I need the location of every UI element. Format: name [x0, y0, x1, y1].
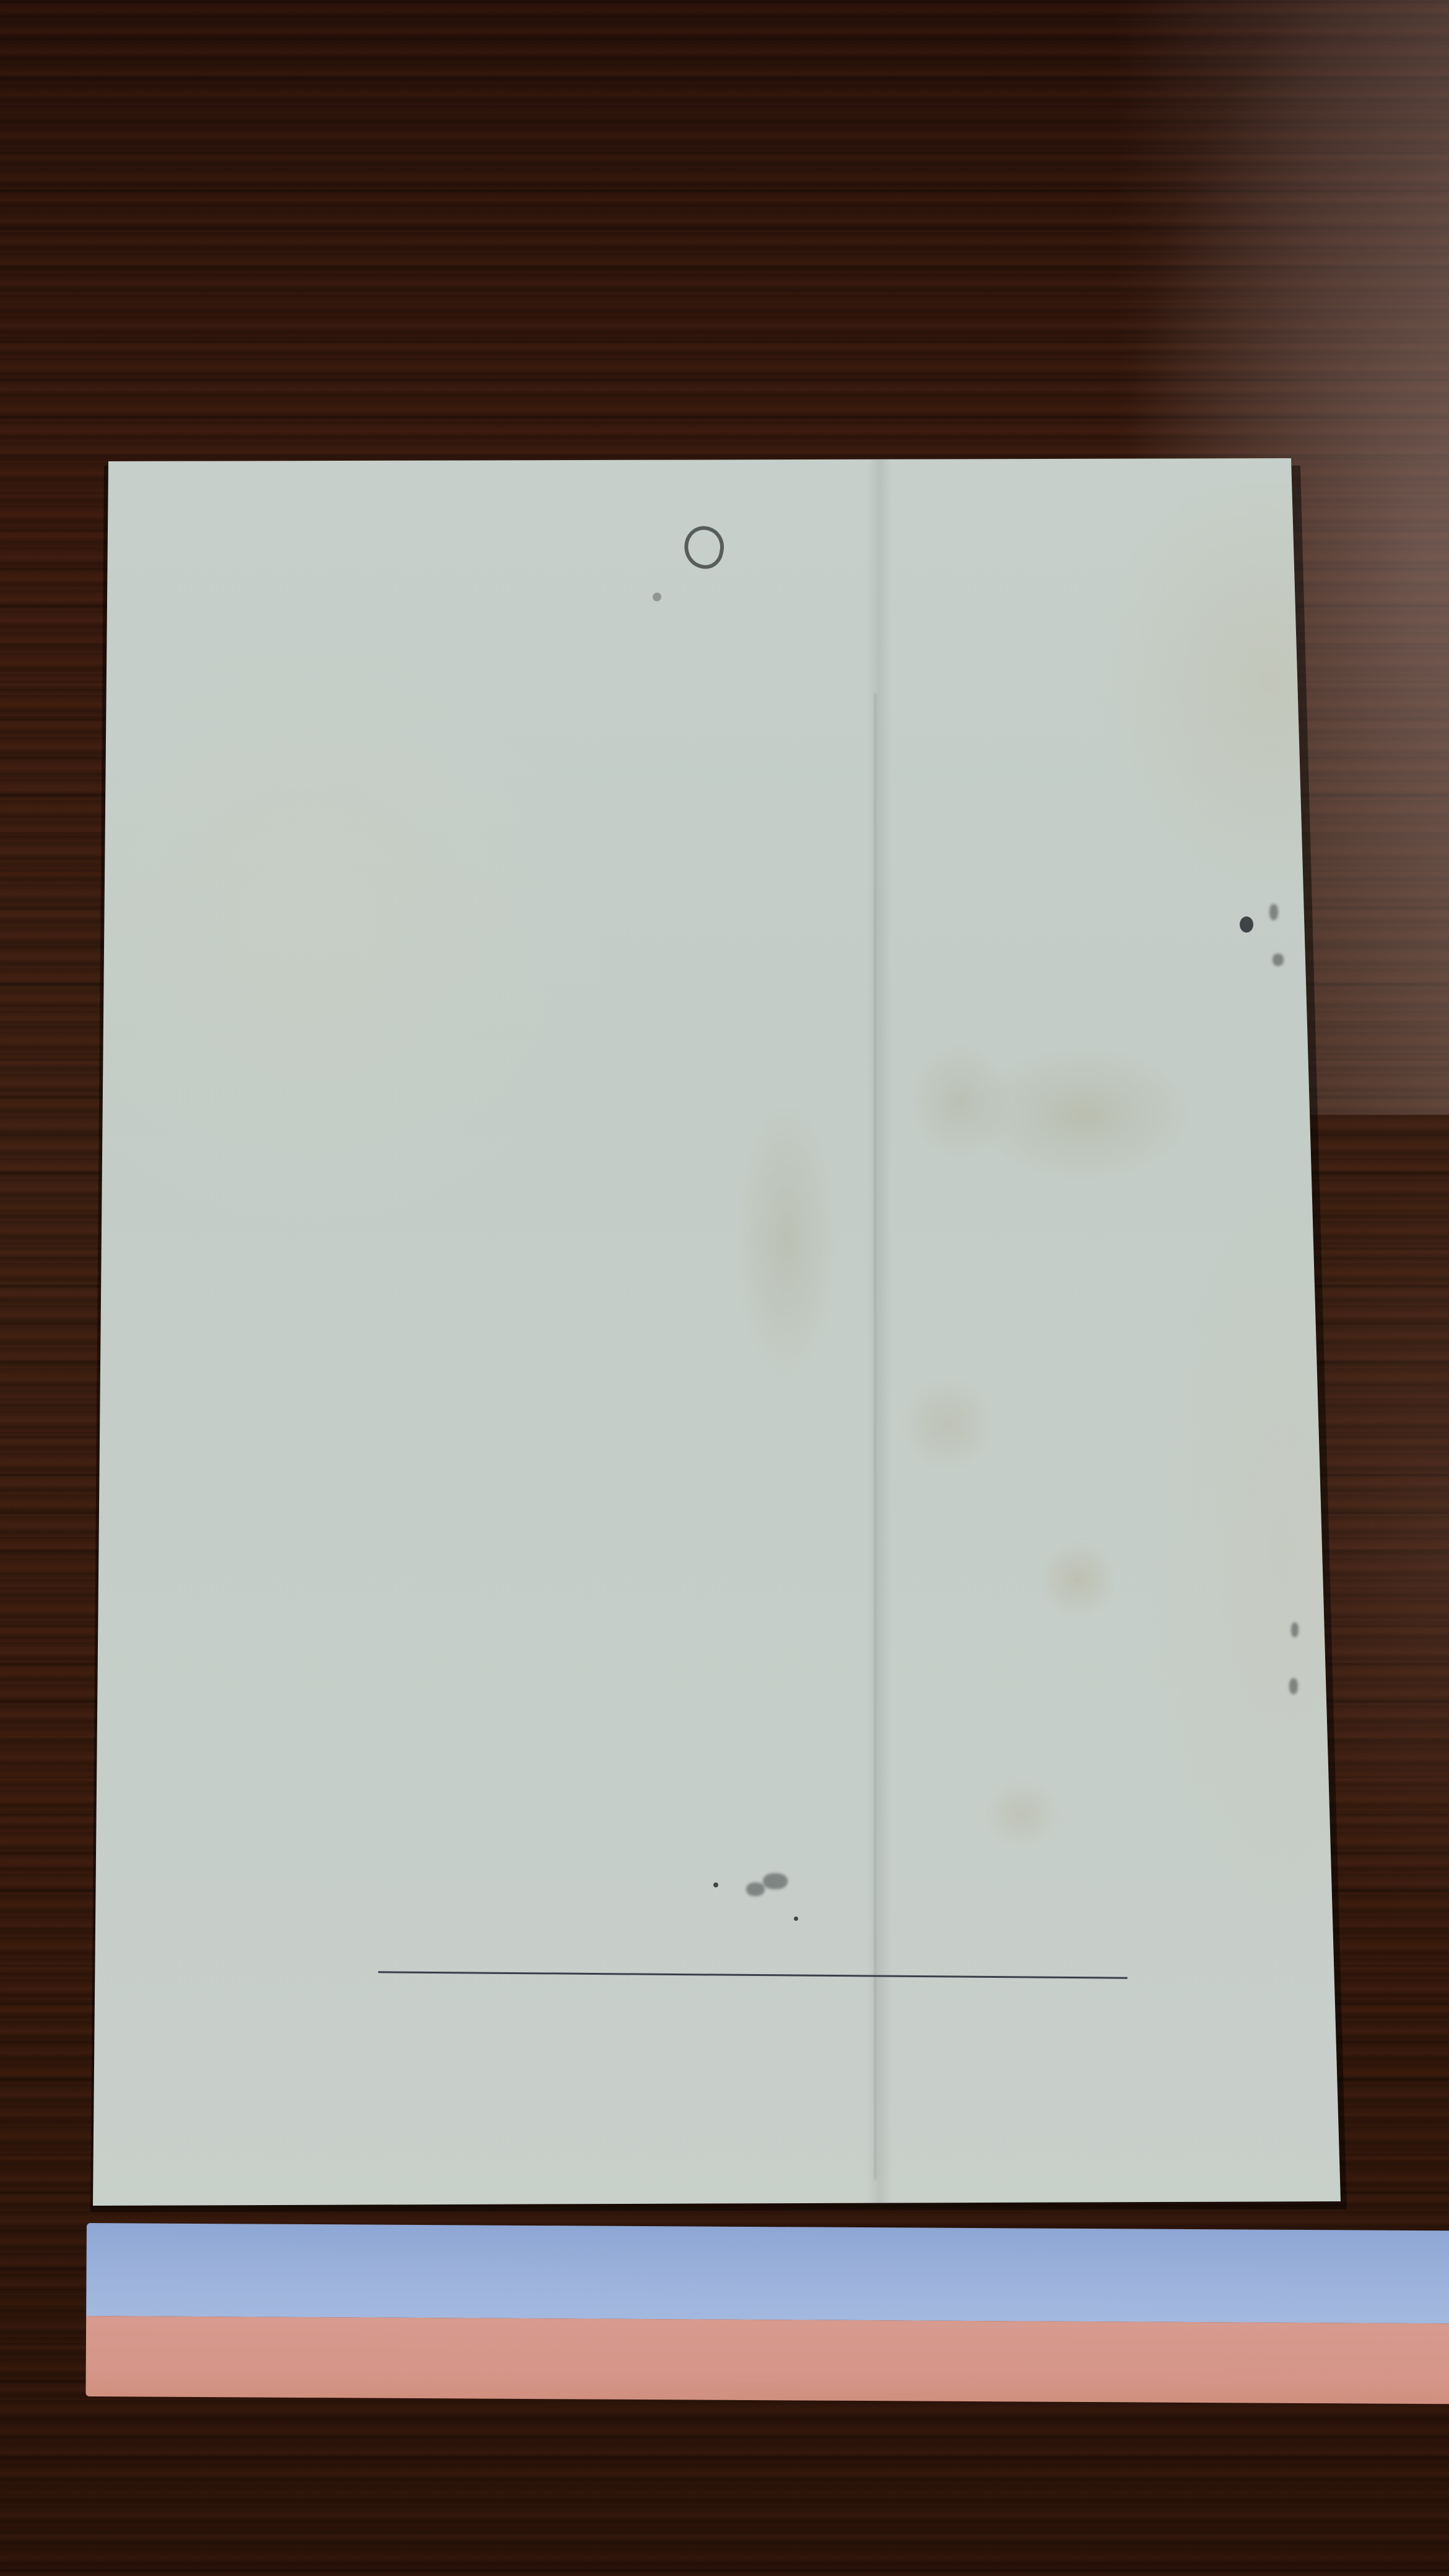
imprint-printer-line	[372, 1988, 1134, 1995]
dirt-mark	[1273, 954, 1284, 966]
imprint-publisher-line	[369, 2038, 1131, 2044]
measuring-ruler	[85, 2223, 1449, 2404]
paper-crease	[874, 694, 876, 2180]
debris-speck	[713, 1882, 718, 1887]
dirt-mark	[1291, 1622, 1299, 1637]
printer-imprint	[371, 1966, 1134, 2096]
debris-mark	[763, 1873, 788, 1889]
dirt-mark	[1269, 904, 1278, 920]
ruler-inch-scale	[85, 2316, 1449, 2404]
dirt-mark	[1289, 1678, 1298, 1694]
debris-speck	[794, 1917, 798, 1921]
ink-spot	[1240, 916, 1253, 933]
book-back-cover	[0, 0, 1449, 2576]
debris-mark	[746, 1882, 765, 1896]
stain-dot	[653, 593, 661, 601]
imprint-rule-line	[378, 1971, 1128, 1979]
ruler-cm-scale	[86, 2223, 1449, 2324]
